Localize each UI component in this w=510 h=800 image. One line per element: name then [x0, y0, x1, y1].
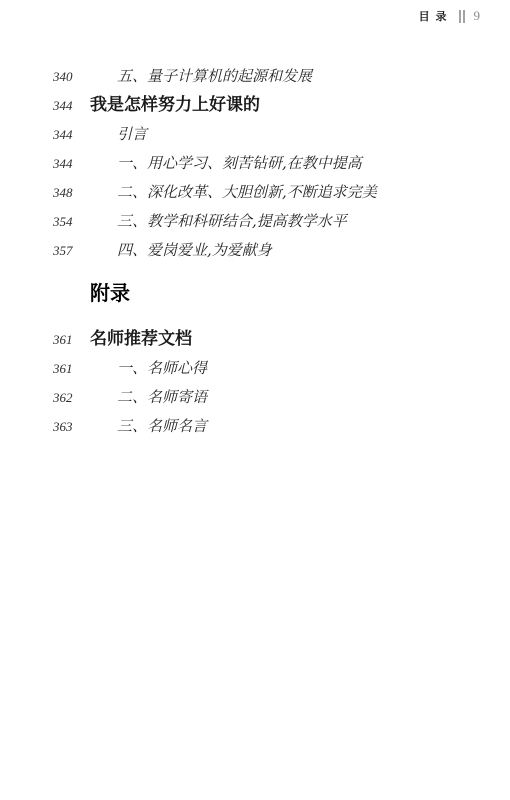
toc-entry-page: 340 [53, 63, 90, 91]
toc-entry: 340 五、量子计算机的起源和发展 [53, 62, 483, 91]
toc-entry: 363 三、名师名言 [53, 412, 483, 441]
toc-entry: 344 我是怎样努力上好课的 [53, 91, 483, 120]
toc-entry-page: 354 [53, 208, 90, 236]
toc-entry: 344 引言 [53, 120, 483, 149]
book-toc-page: 目 录 9 340 五、量子计算机的起源和发展 344 我是怎样努力上好课的 3… [0, 0, 510, 800]
toc-entry-page: 344 [53, 92, 90, 120]
page-number: 9 [474, 8, 481, 24]
toc-entry-page: 362 [53, 384, 90, 412]
toc-entry-page: 363 [53, 413, 90, 441]
toc-entry-page: 344 [53, 121, 90, 149]
toc-entry-title: 二、名师寄语 [90, 383, 207, 411]
toc-entry-page: 344 [53, 150, 90, 178]
toc-entry-title: 二、深化改革、大胆创新,不断追求完美 [90, 178, 377, 206]
toc-entry: 344 一、用心学习、刻苦钻研,在教中提高 [53, 149, 483, 178]
running-head: 目 录 9 [419, 8, 480, 24]
toc-entry-title: 五、量子计算机的起源和发展 [90, 62, 312, 90]
toc-entry: 361 名师推荐文档 [53, 325, 483, 354]
appendix-heading: 附录 [90, 279, 483, 307]
toc-entry-page: 348 [53, 179, 90, 207]
toc-entry-title: 四、爱岗爱业,为爱献身 [90, 236, 272, 264]
toc-entry-title: 我是怎样努力上好课的 [90, 91, 260, 119]
toc-entry: 348 二、深化改革、大胆创新,不断追求完美 [53, 178, 483, 207]
toc-entry-page: 357 [53, 237, 90, 265]
toc-entry-title: 三、名师名言 [90, 412, 207, 440]
toc-entry-title: 一、名师心得 [90, 354, 207, 382]
toc-entry-title: 一、用心学习、刻苦钻研,在教中提高 [90, 149, 362, 177]
double-bar-separator-icon [459, 10, 465, 23]
toc-entry-title: 引言 [90, 120, 147, 148]
toc-entry-page: 361 [53, 355, 90, 383]
toc-entry: 361 一、名师心得 [53, 354, 483, 383]
toc-entry-title: 三、教学和科研结合,提高教学水平 [90, 207, 347, 235]
toc-entry-page: 361 [53, 326, 90, 354]
toc-entry: 357 四、爱岗爱业,为爱献身 [53, 236, 483, 265]
toc-list: 340 五、量子计算机的起源和发展 344 我是怎样努力上好课的 344 引言 … [53, 62, 483, 441]
toc-entry: 362 二、名师寄语 [53, 383, 483, 412]
toc-entry: 354 三、教学和科研结合,提高教学水平 [53, 207, 483, 236]
running-head-title: 目 录 [419, 8, 448, 24]
toc-entry-title: 名师推荐文档 [90, 325, 192, 353]
